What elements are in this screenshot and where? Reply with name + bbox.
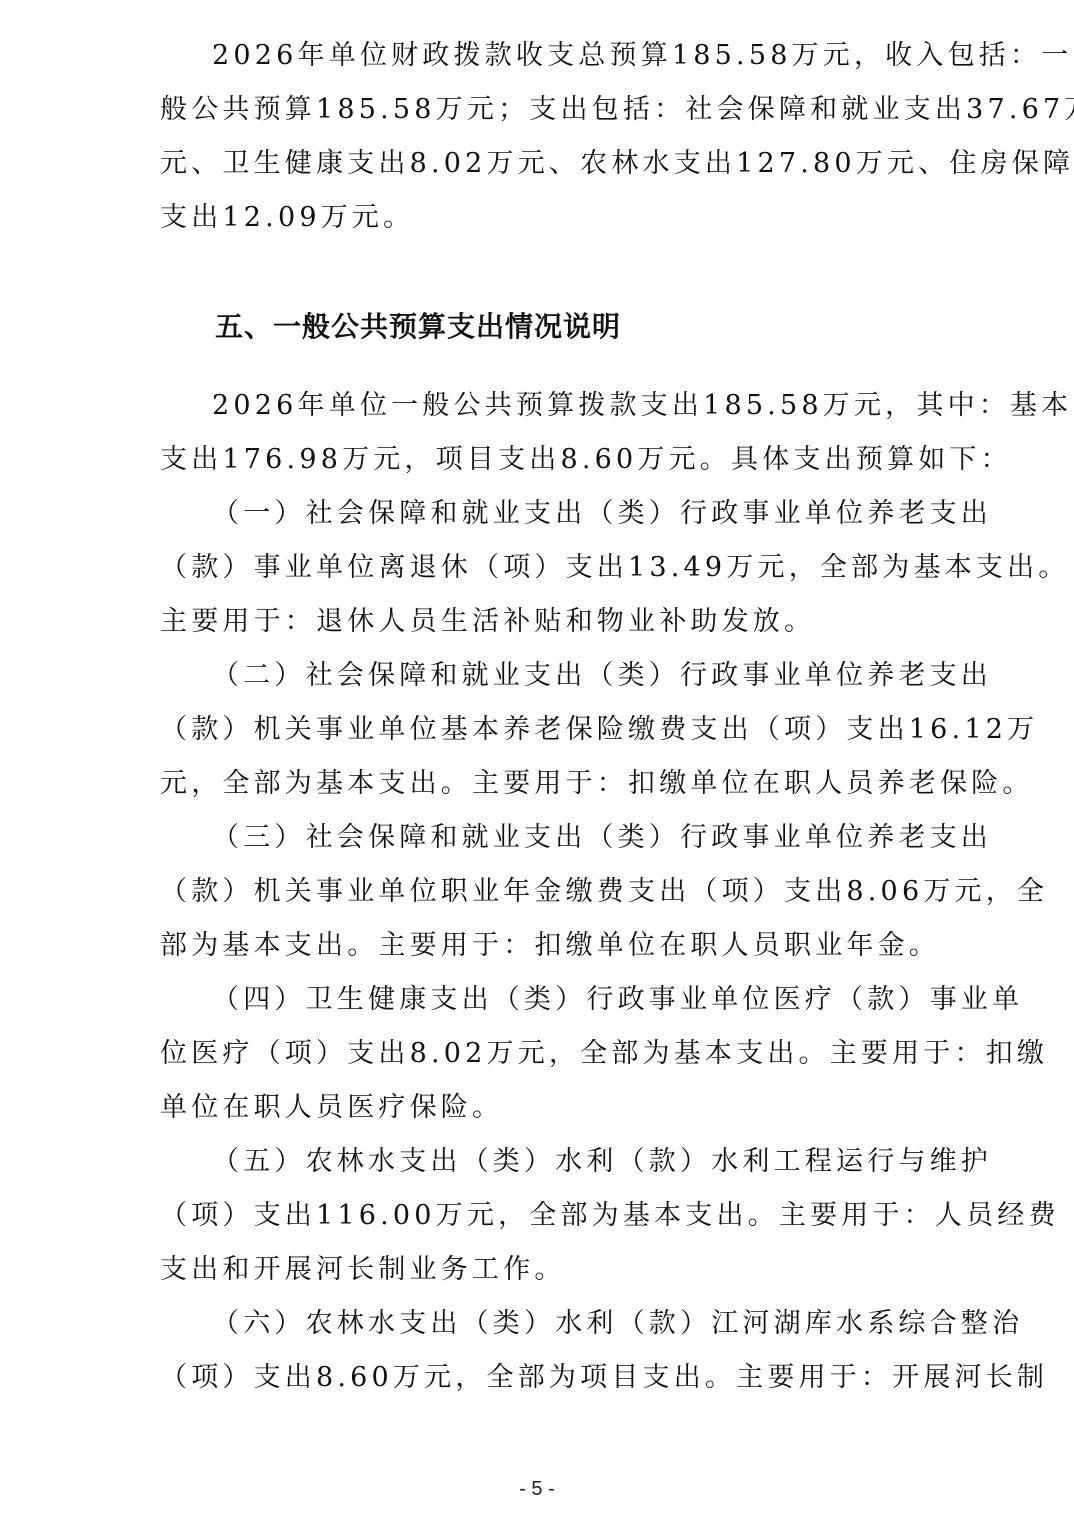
text-line: （款）机关事业单位职业年金缴费支出（项）支出8.06万元，全 [160, 876, 930, 908]
text-line: （款）机关事业单位基本养老保险缴费支出（项）支出16.12万 [160, 714, 930, 746]
page-number: - 5 - [0, 1478, 1074, 1501]
text-line: （三）社会保障和就业支出（类）行政事业单位养老支出 [212, 822, 930, 854]
text-line: 支出和开展河长制业务工作。 [160, 1254, 930, 1286]
text-line: （项）支出116.00万元，全部为基本支出。主要用于：人员经费 [160, 1200, 930, 1232]
text-line: 般公共预算185.58万元；支出包括：社会保障和就业支出37.67万 [160, 94, 930, 126]
text-line: （二）社会保障和就业支出（类）行政事业单位养老支出 [212, 660, 930, 692]
text-line: （五）农林水支出（类）水利（款）水利工程运行与维护 [212, 1146, 930, 1178]
text-line: 单位在职人员医疗保险。 [160, 1092, 930, 1124]
text-line: 主要用于：退休人员生活补贴和物业补助发放。 [160, 606, 930, 638]
text-line: 2026年单位一般公共预算拨款支出185.58万元，其中：基本 [212, 390, 930, 422]
text-line: （款）事业单位离退休（项）支出13.49万元，全部为基本支出。 [160, 552, 930, 584]
text-line: 2026年单位财政拨款收支总预算185.58万元，收入包括：一 [212, 40, 930, 72]
section-heading: 五、一般公共预算支出情况说明 [215, 310, 621, 344]
text-line: 支出176.98万元，项目支出8.60万元。具体支出预算如下： [160, 444, 930, 476]
text-line: 支出12.09万元。 [160, 202, 930, 234]
text-line: 元、卫生健康支出8.02万元、农林水支出127.80万元、住房保障 [160, 148, 930, 180]
text-line: （项）支出8.60万元，全部为项目支出。主要用于：开展河长制 [160, 1362, 930, 1394]
text-line: 部为基本支出。主要用于：扣缴单位在职人员职业年金。 [160, 930, 930, 962]
text-line: （六）农林水支出（类）水利（款）江河湖库水系综合整治 [212, 1308, 930, 1340]
text-line: （四）卫生健康支出（类）行政事业单位医疗（款）事业单 [212, 984, 930, 1016]
text-line: （一）社会保障和就业支出（类）行政事业单位养老支出 [212, 498, 930, 530]
text-line: 位医疗（项）支出8.02万元，全部为基本支出。主要用于：扣缴 [160, 1038, 930, 1070]
document-page: 2026年单位财政拨款收支总预算185.58万元，收入包括：一 般公共预算185… [0, 0, 1074, 1520]
text-line: 元，全部为基本支出。主要用于：扣缴单位在职人员养老保险。 [160, 768, 930, 800]
